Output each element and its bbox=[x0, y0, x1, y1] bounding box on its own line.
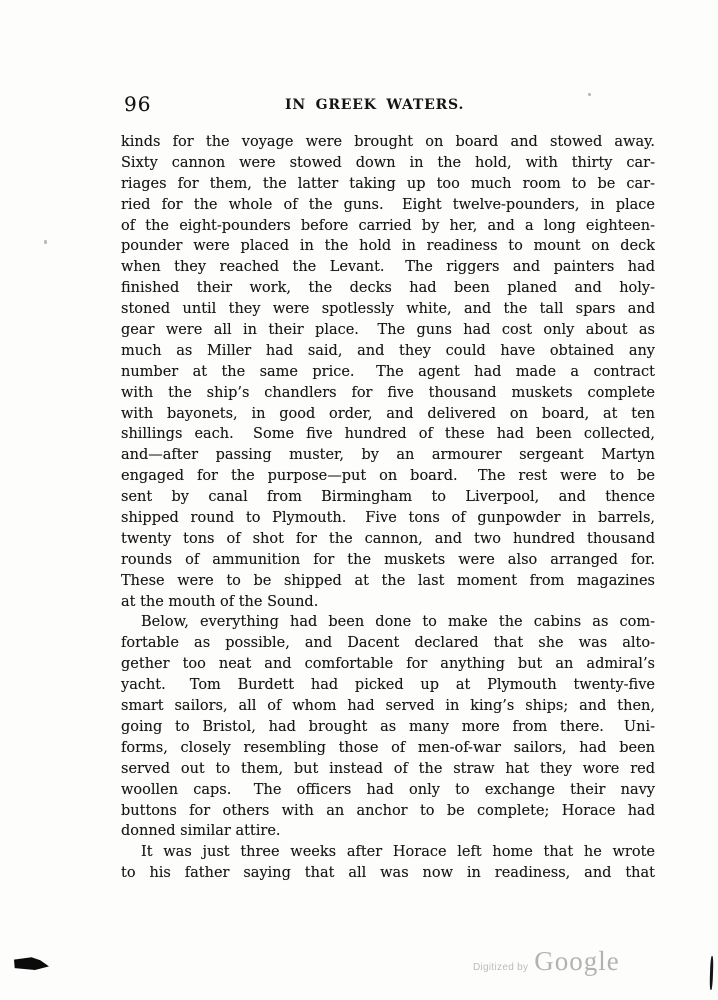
text-line: and—after passing muster, by an armourer… bbox=[121, 445, 655, 466]
text-line: much as Miller had said, and they could … bbox=[121, 341, 655, 362]
text-line: sent by canal from Birmingham to Liverpo… bbox=[121, 487, 655, 508]
text-line: riages for them, the latter taking up to… bbox=[121, 174, 655, 195]
text-line: donned similar attire. bbox=[121, 821, 655, 842]
text-line: shipped round to Plymouth. Five tons of … bbox=[121, 508, 655, 529]
text-line: to his father saying that all was now in… bbox=[121, 863, 655, 884]
google-logo: Google bbox=[534, 946, 619, 977]
text-line: finished their work, the decks had been … bbox=[121, 278, 655, 299]
text-line: smart sailors, all of whom had served in… bbox=[121, 696, 655, 717]
text-line: Below, everything had been done to make … bbox=[121, 612, 655, 633]
text-line: twenty tons of shot for the cannon, and … bbox=[121, 529, 655, 550]
text-line: with the ship’s chandlers for five thous… bbox=[121, 383, 655, 404]
text-line: kinds for the voyage were brought on boa… bbox=[121, 132, 655, 153]
text-line: ried for the whole of the guns. Eight tw… bbox=[121, 195, 655, 216]
text-line: rounds of ammunition for the muskets wer… bbox=[121, 550, 655, 571]
page-number: 96 bbox=[124, 94, 151, 114]
text-line: engaged for the purpose—put on board. Th… bbox=[121, 466, 655, 487]
scan-speck bbox=[588, 93, 591, 96]
text-line: gear were all in their place. The guns h… bbox=[121, 320, 655, 341]
text-line: buttons for others with an anchor to be … bbox=[121, 801, 655, 822]
text-line: forms, closely resembling those of men-o… bbox=[121, 738, 655, 759]
text-line: of the eight-pounders before carried by … bbox=[121, 216, 655, 237]
text-line: going to Bristol, had brought as many mo… bbox=[121, 717, 655, 738]
text-line: stoned until they were spotlessly white,… bbox=[121, 299, 655, 320]
scan-edge-mark bbox=[709, 956, 713, 990]
digitized-watermark: Digitized by Google bbox=[473, 946, 620, 977]
text-line: fortable as possible, and Dacent declare… bbox=[121, 633, 655, 654]
text-line: served out to them, but instead of the s… bbox=[121, 759, 655, 780]
ink-blot bbox=[14, 957, 49, 970]
digitized-by-label: Digitized by bbox=[473, 962, 528, 973]
text-line: shillings each. Some five hundred of the… bbox=[121, 424, 655, 445]
text-line: Sixty cannon were stowed down in the hol… bbox=[121, 153, 655, 174]
text-line: These were to be shipped at the last mom… bbox=[121, 571, 655, 592]
text-line: gether too neat and comfortable for anyt… bbox=[121, 654, 655, 675]
book-page: 96 IN GREEK WATERS. kinds for the voyage… bbox=[0, 0, 718, 1000]
text-line: It was just three weeks after Horace lef… bbox=[121, 842, 655, 863]
text-line: pounder were placed in the hold in readi… bbox=[121, 236, 655, 257]
text-line: at the mouth of the Sound. bbox=[121, 592, 655, 613]
page-body: kinds for the voyage were brought on boa… bbox=[121, 132, 655, 884]
text-line: woollen caps. The officers had only to e… bbox=[121, 780, 655, 801]
scan-speck bbox=[44, 240, 47, 244]
text-line: with bayonets, in good order, and delive… bbox=[121, 404, 655, 425]
text-line: when they reached the Levant. The rigger… bbox=[121, 257, 655, 278]
text-line: yacht. Tom Burdett had picked up at Plym… bbox=[121, 675, 655, 696]
text-line: number at the same price. The agent had … bbox=[121, 362, 655, 383]
running-header: IN GREEK WATERS. bbox=[285, 98, 464, 112]
